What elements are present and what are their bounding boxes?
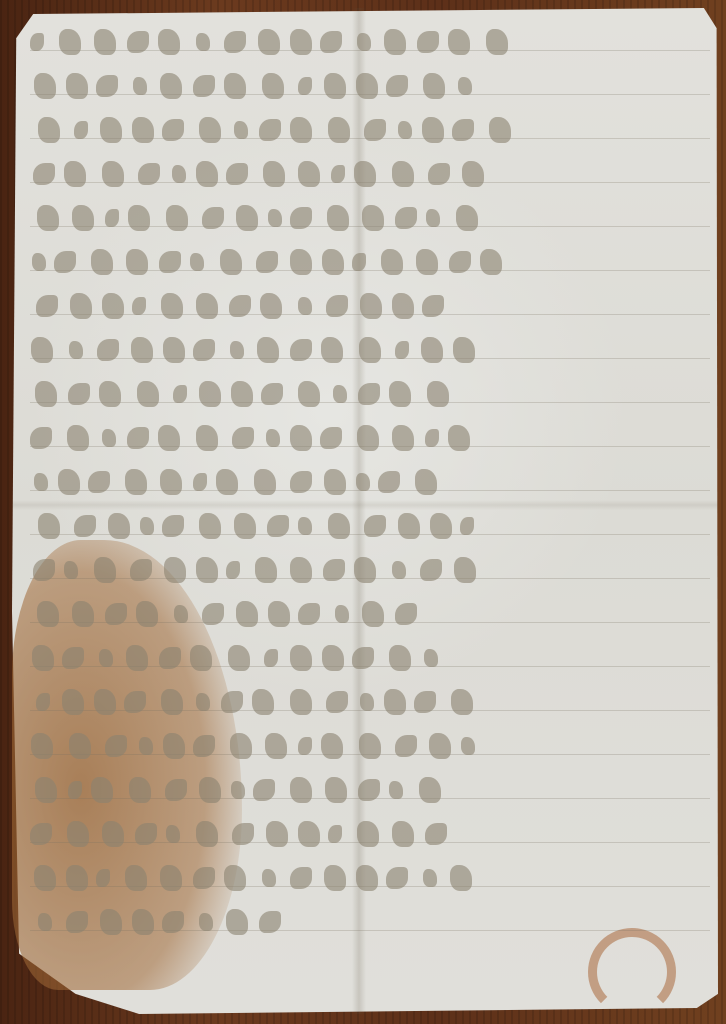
pictograph-glyph xyxy=(159,647,181,669)
glyph-row xyxy=(30,548,710,592)
pictograph-glyph xyxy=(416,249,438,275)
pictograph-glyph xyxy=(290,645,312,671)
pictograph-glyph xyxy=(326,691,348,713)
pictograph-glyph xyxy=(226,909,248,935)
pictograph-glyph xyxy=(129,777,151,803)
pictograph-glyph xyxy=(321,337,343,363)
pictograph-glyph xyxy=(161,293,183,319)
pictograph-glyph xyxy=(132,909,154,935)
pictograph-glyph xyxy=(254,469,276,495)
pictograph-glyph xyxy=(199,381,221,407)
pictograph-glyph xyxy=(424,649,438,667)
pictograph-glyph xyxy=(261,383,283,405)
pictograph-glyph xyxy=(262,869,276,887)
pictograph-glyph xyxy=(128,205,150,231)
pictograph-glyph xyxy=(162,119,184,141)
pictograph-glyph xyxy=(166,825,180,843)
glyph-row xyxy=(30,812,710,856)
pictograph-glyph xyxy=(290,207,312,229)
pictograph-glyph xyxy=(354,557,376,583)
pictograph-glyph xyxy=(395,603,417,625)
pictograph-glyph xyxy=(357,821,379,847)
pictograph-glyph xyxy=(425,823,447,845)
pictograph-glyph xyxy=(196,161,218,187)
pictograph-glyph xyxy=(193,867,215,889)
pictograph-glyph xyxy=(234,121,248,139)
pictograph-glyph xyxy=(199,513,221,539)
pictograph-glyph xyxy=(88,471,110,493)
pictograph-glyph xyxy=(298,603,320,625)
pictograph-glyph xyxy=(162,911,184,933)
pictograph-glyph xyxy=(458,77,472,95)
pictograph-glyph xyxy=(456,205,478,231)
pictograph-glyph xyxy=(133,77,147,95)
pictograph-glyph xyxy=(68,781,82,799)
pictograph-glyph xyxy=(174,605,188,623)
pictograph-glyph xyxy=(30,427,52,449)
pictograph-glyph xyxy=(321,733,343,759)
glyph-row xyxy=(30,64,710,108)
pictograph-glyph xyxy=(298,161,320,187)
pictograph-glyph xyxy=(267,515,289,537)
pictograph-glyph xyxy=(124,691,146,713)
pictograph-glyph xyxy=(30,33,44,51)
pictograph-glyph xyxy=(127,427,149,449)
pictograph-glyph xyxy=(325,777,347,803)
pictograph-glyph xyxy=(429,733,451,759)
pictograph-glyph xyxy=(196,693,210,711)
pictograph-glyph xyxy=(125,865,147,891)
pictograph-glyph xyxy=(268,601,290,627)
pictograph-glyph xyxy=(193,339,215,361)
pictograph-glyph xyxy=(378,471,400,493)
pictograph-glyph xyxy=(290,29,312,55)
pictograph-glyph xyxy=(290,339,312,361)
pictograph-glyph xyxy=(69,733,91,759)
pictograph-glyph xyxy=(139,737,153,755)
pictograph-glyph xyxy=(102,293,124,319)
pictograph-glyph xyxy=(386,867,408,889)
pictograph-glyph xyxy=(224,31,246,53)
pictograph-glyph xyxy=(362,601,384,627)
pictograph-glyph xyxy=(290,777,312,803)
pictograph-glyph xyxy=(190,253,204,271)
pictograph-glyph xyxy=(69,341,83,359)
pictograph-glyph xyxy=(360,693,374,711)
pictograph-glyph xyxy=(320,31,342,53)
pictograph-glyph xyxy=(265,733,287,759)
pictograph-glyph xyxy=(448,425,470,451)
pictograph-glyph xyxy=(99,381,121,407)
glyph-row xyxy=(30,768,710,812)
pictograph-glyph xyxy=(196,293,218,319)
pictograph-glyph xyxy=(37,205,59,231)
pictograph-glyph xyxy=(164,557,186,583)
pictograph-glyph xyxy=(358,383,380,405)
pictograph-glyph xyxy=(324,73,346,99)
pictograph-glyph xyxy=(358,779,380,801)
pictograph-glyph xyxy=(67,821,89,847)
pictograph-glyph xyxy=(100,117,122,143)
pictograph-glyph xyxy=(160,73,182,99)
pictograph-glyph xyxy=(202,207,224,229)
pictograph-glyph xyxy=(423,73,445,99)
pictograph-glyph xyxy=(264,649,278,667)
pictograph-glyph xyxy=(262,73,284,99)
pictograph-glyph xyxy=(460,517,474,535)
pictograph-glyph xyxy=(74,515,96,537)
pictograph-glyph xyxy=(30,823,52,845)
pictograph-glyph xyxy=(102,429,116,447)
pictograph-glyph xyxy=(132,117,154,143)
pictograph-glyph xyxy=(395,341,409,359)
pictograph-glyph xyxy=(131,337,153,363)
pictograph-glyph xyxy=(290,867,312,889)
pictograph-glyph xyxy=(290,689,312,715)
pictograph-glyph xyxy=(224,73,246,99)
pictograph-glyph xyxy=(257,337,279,363)
pictograph-glyph xyxy=(322,249,344,275)
pictograph-glyph xyxy=(231,381,253,407)
pictograph-glyph xyxy=(389,381,411,407)
pictograph-glyph xyxy=(36,693,50,711)
pictograph-glyph xyxy=(130,559,152,581)
glyph-row xyxy=(30,724,710,768)
pictograph-glyph xyxy=(298,821,320,847)
pictograph-glyph xyxy=(97,339,119,361)
glyph-row xyxy=(30,152,710,196)
pictograph-glyph xyxy=(158,425,180,451)
pictograph-glyph xyxy=(196,33,210,51)
pictograph-glyph xyxy=(258,29,280,55)
pictograph-glyph xyxy=(252,689,274,715)
pictograph-glyph xyxy=(386,75,408,97)
pictograph-glyph xyxy=(199,117,221,143)
pictograph-glyph xyxy=(172,165,186,183)
pictograph-glyph xyxy=(58,469,80,495)
pictograph-glyph xyxy=(196,821,218,847)
pictograph-glyph xyxy=(136,601,158,627)
pictograph-glyph xyxy=(360,293,382,319)
pictograph-glyph xyxy=(94,557,116,583)
pictograph-glyph xyxy=(392,561,406,579)
pictograph-glyph xyxy=(266,821,288,847)
pictograph-glyph xyxy=(221,691,243,713)
glyph-row xyxy=(30,504,710,548)
pictograph-glyph xyxy=(398,513,420,539)
pictograph-glyph xyxy=(449,251,471,273)
pictograph-glyph xyxy=(395,207,417,229)
pictograph-glyph xyxy=(232,427,254,449)
pictograph-glyph xyxy=(266,429,280,447)
pictograph-glyph xyxy=(389,645,411,671)
pictograph-glyph xyxy=(268,209,282,227)
pictograph-glyph xyxy=(255,557,277,583)
pictograph-glyph xyxy=(298,517,312,535)
pictograph-glyph xyxy=(66,865,88,891)
pictograph-glyph xyxy=(158,29,180,55)
pictograph-glyph xyxy=(290,249,312,275)
glyph-row xyxy=(30,372,710,416)
pictograph-glyph xyxy=(259,119,281,141)
pictograph-glyph xyxy=(461,737,475,755)
pictograph-glyph xyxy=(486,29,508,55)
pictograph-glyph xyxy=(356,73,378,99)
pictograph-glyph xyxy=(36,295,58,317)
pictograph-glyph xyxy=(105,209,119,227)
pictograph-glyph xyxy=(166,205,188,231)
pictograph-glyph xyxy=(196,557,218,583)
pictograph-glyph xyxy=(421,337,443,363)
pictograph-glyph xyxy=(32,253,46,271)
pictograph-glyph xyxy=(234,513,256,539)
pictograph-glyph xyxy=(34,865,56,891)
pictograph-glyph xyxy=(259,911,281,933)
pictograph-glyph xyxy=(173,385,187,403)
pictograph-glyph xyxy=(422,117,444,143)
pictograph-glyph xyxy=(417,31,439,53)
pictograph-glyph xyxy=(420,559,442,581)
pictograph-glyph xyxy=(335,605,349,623)
pictograph-glyph xyxy=(91,777,113,803)
pictograph-glyph xyxy=(102,161,124,187)
pictograph-glyph xyxy=(359,733,381,759)
pictograph-glyph xyxy=(162,515,184,537)
pictograph-glyph xyxy=(159,251,181,273)
pictograph-glyph xyxy=(37,601,59,627)
pictograph-glyph xyxy=(426,209,440,227)
pictograph-glyph xyxy=(105,603,127,625)
pictograph-glyph xyxy=(422,295,444,317)
pictograph-glyph xyxy=(452,119,474,141)
pictograph-glyph xyxy=(322,645,344,671)
pictograph-glyph xyxy=(64,561,78,579)
pictograph-glyph xyxy=(62,689,84,715)
pictograph-glyph xyxy=(126,645,148,671)
pictograph-glyph xyxy=(193,735,215,757)
pictograph-glyph xyxy=(331,165,345,183)
pictograph-glyph xyxy=(362,205,384,231)
pictograph-glyph xyxy=(38,913,52,931)
pictograph-glyph xyxy=(54,251,76,273)
pictograph-glyph xyxy=(392,821,414,847)
pictograph-glyph xyxy=(298,297,312,315)
pictograph-glyph xyxy=(102,821,124,847)
glyph-row xyxy=(30,196,710,240)
pictograph-glyph xyxy=(163,733,185,759)
pictograph-rows xyxy=(30,20,710,944)
pictograph-glyph xyxy=(140,517,154,535)
pictograph-glyph xyxy=(256,251,278,273)
pictograph-glyph xyxy=(415,469,437,495)
glyph-row xyxy=(30,460,710,504)
pictograph-glyph xyxy=(230,341,244,359)
pictograph-glyph xyxy=(127,31,149,53)
pictograph-glyph xyxy=(72,601,94,627)
pictograph-glyph xyxy=(62,647,84,669)
pictograph-glyph xyxy=(427,381,449,407)
pictograph-glyph xyxy=(298,77,312,95)
pictograph-glyph xyxy=(199,913,213,931)
pictograph-glyph xyxy=(352,253,366,271)
pictograph-glyph xyxy=(230,733,252,759)
pictograph-glyph xyxy=(392,293,414,319)
pictograph-glyph xyxy=(290,117,312,143)
pictograph-glyph xyxy=(326,295,348,317)
pictograph-glyph xyxy=(356,473,370,491)
pictograph-glyph xyxy=(31,733,53,759)
pictograph-glyph xyxy=(32,645,54,671)
pictograph-glyph xyxy=(35,777,57,803)
pictograph-glyph xyxy=(320,427,342,449)
pictograph-glyph xyxy=(66,911,88,933)
pictograph-glyph xyxy=(138,163,160,185)
pictograph-glyph xyxy=(236,205,258,231)
pictograph-glyph xyxy=(480,249,502,275)
pictograph-glyph xyxy=(454,557,476,583)
pictograph-glyph xyxy=(193,75,215,97)
glyph-row xyxy=(30,856,710,900)
pictograph-glyph xyxy=(352,647,374,669)
pictograph-glyph xyxy=(290,471,312,493)
pictograph-glyph xyxy=(132,297,146,315)
pictograph-glyph xyxy=(327,205,349,231)
pictograph-glyph xyxy=(126,249,148,275)
pictograph-glyph xyxy=(290,557,312,583)
pictograph-glyph xyxy=(323,559,345,581)
pictograph-glyph xyxy=(357,425,379,451)
pictograph-glyph xyxy=(448,29,470,55)
pictograph-glyph xyxy=(453,337,475,363)
pictograph-glyph xyxy=(333,385,347,403)
pictograph-glyph xyxy=(489,117,511,143)
pictograph-glyph xyxy=(91,249,113,275)
pictograph-glyph xyxy=(67,425,89,451)
pictograph-glyph xyxy=(94,689,116,715)
glyph-row xyxy=(30,284,710,328)
pictograph-glyph xyxy=(263,161,285,187)
pictograph-glyph xyxy=(462,161,484,187)
glyph-row xyxy=(30,900,710,944)
pictograph-glyph xyxy=(33,559,55,581)
pictograph-glyph xyxy=(34,473,48,491)
pictograph-glyph xyxy=(160,865,182,891)
pictograph-glyph xyxy=(202,603,224,625)
pictograph-glyph xyxy=(70,293,92,319)
pictograph-glyph xyxy=(224,865,246,891)
pictograph-glyph xyxy=(364,515,386,537)
pictograph-glyph xyxy=(99,649,113,667)
pictograph-glyph xyxy=(395,735,417,757)
pictograph-glyph xyxy=(364,119,386,141)
pictograph-glyph xyxy=(425,429,439,447)
pictograph-glyph xyxy=(199,777,221,803)
pictograph-glyph xyxy=(398,121,412,139)
pictograph-glyph xyxy=(324,469,346,495)
pictograph-glyph xyxy=(392,161,414,187)
pictograph-glyph xyxy=(66,73,88,99)
pictograph-glyph xyxy=(226,163,248,185)
pictograph-glyph xyxy=(260,293,282,319)
pictograph-glyph xyxy=(59,29,81,55)
pictograph-glyph xyxy=(190,645,212,671)
pictograph-glyph xyxy=(328,825,342,843)
pictograph-glyph xyxy=(68,383,90,405)
pictograph-glyph xyxy=(34,73,56,99)
pictograph-glyph xyxy=(135,823,157,845)
pictograph-glyph xyxy=(328,513,350,539)
pictograph-glyph xyxy=(96,869,110,887)
pictograph-glyph xyxy=(64,161,86,187)
pictograph-glyph xyxy=(31,337,53,363)
pictograph-glyph xyxy=(430,513,452,539)
pictograph-glyph xyxy=(96,75,118,97)
pictograph-glyph xyxy=(100,909,122,935)
pictograph-glyph xyxy=(196,425,218,451)
pictograph-glyph xyxy=(290,425,312,451)
pictograph-glyph xyxy=(163,337,185,363)
pictograph-glyph xyxy=(384,29,406,55)
pictograph-glyph xyxy=(354,161,376,187)
pictograph-glyph xyxy=(414,691,436,713)
glyph-row xyxy=(30,240,710,284)
pictograph-glyph xyxy=(450,865,472,891)
pictograph-glyph xyxy=(193,473,207,491)
pictograph-glyph xyxy=(137,381,159,407)
pictograph-glyph xyxy=(216,469,238,495)
pictograph-glyph xyxy=(428,163,450,185)
pictograph-glyph xyxy=(324,865,346,891)
pictograph-glyph xyxy=(392,425,414,451)
pictograph-glyph xyxy=(357,33,371,51)
pictograph-glyph xyxy=(160,469,182,495)
pictograph-glyph xyxy=(228,645,250,671)
pictograph-glyph xyxy=(38,117,60,143)
pictograph-glyph xyxy=(33,163,55,185)
pictograph-glyph xyxy=(105,735,127,757)
pictograph-glyph xyxy=(74,121,88,139)
pictograph-glyph xyxy=(108,513,130,539)
glyph-row xyxy=(30,328,710,372)
glyph-row xyxy=(30,416,710,460)
pictograph-glyph xyxy=(359,337,381,363)
pictograph-glyph xyxy=(94,29,116,55)
pictograph-glyph xyxy=(389,781,403,799)
glyph-row xyxy=(30,592,710,636)
glyph-row xyxy=(30,108,710,152)
pictograph-glyph xyxy=(298,737,312,755)
pictograph-glyph xyxy=(356,865,378,891)
pictograph-glyph xyxy=(220,249,242,275)
pictograph-glyph xyxy=(236,601,258,627)
pictograph-glyph xyxy=(72,205,94,231)
pictograph-glyph xyxy=(165,779,187,801)
pictograph-glyph xyxy=(35,381,57,407)
pictograph-glyph xyxy=(381,249,403,275)
pictograph-glyph xyxy=(298,381,320,407)
pictograph-glyph xyxy=(423,869,437,887)
pictograph-glyph xyxy=(125,469,147,495)
pictograph-glyph xyxy=(232,823,254,845)
ruled-line xyxy=(30,930,710,931)
glyph-row xyxy=(30,636,710,680)
pictograph-glyph xyxy=(229,295,251,317)
pictograph-glyph xyxy=(161,689,183,715)
pictograph-glyph xyxy=(328,117,350,143)
pictograph-glyph xyxy=(38,513,60,539)
pictograph-glyph xyxy=(231,781,245,799)
pictograph-glyph xyxy=(451,689,473,715)
